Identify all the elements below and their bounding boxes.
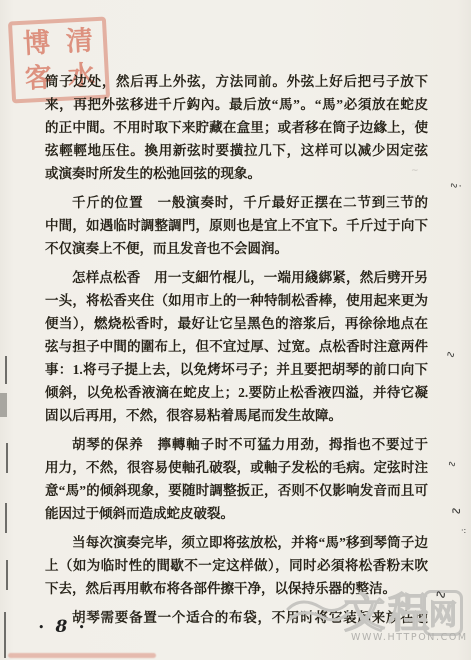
section-heading: 胡琴的保养 <box>72 437 143 452</box>
pencil-mark: ~ <box>410 99 418 108</box>
pencil-mark: ~ <box>411 121 419 130</box>
watermark-text: 文程 <box>344 590 432 636</box>
page-footer: • 8 • <box>38 619 85 636</box>
pencil-mark: ~ <box>410 144 418 153</box>
text-run: 不仅演奏上不便，而且发音也不会圆润。 <box>45 241 288 256</box>
text-line: 用力，不然，很容易使軸孔破裂，或軸子发松的毛病。定弦时注 <box>45 456 428 479</box>
page-body: 筒子边处，然后再上外弦，方法同前。外弦上好后把弓子放下来，再把外弦移进千斤鈎內。… <box>45 70 428 629</box>
text-line: 怎样点松香 用一支細竹棍儿，一端用綫綁紧，然后劈开另 <box>45 266 428 289</box>
text-run: 用力，不然，很容易使軸孔破裂，或軸子发松的毛病。定弦时注 <box>45 460 428 475</box>
text-line: 上（如为临时性的間歇不一定这样做），同时必須将松香粉末吹 <box>45 554 428 577</box>
section-heading: 千斤的位置 <box>72 195 143 210</box>
text-run: 上（如为临时性的間歇不一定这样做），同时必須将松香粉末吹 <box>45 558 428 573</box>
ink-mark: ∿ <box>445 348 456 361</box>
text-run: 一头，将松香夹住（如用市上的一种特制松香棒，使用起来更为 <box>45 293 428 308</box>
text-line: 一头，将松香夹住（如用市上的一种特制松香棒，使用起来更为 <box>45 289 428 312</box>
page-number: 8 <box>56 619 68 636</box>
text-line: 能因过于倾斜而造成蛇皮破裂。 <box>45 502 428 525</box>
text-line: 意“馬”的倾斜现象，要随时調整扳正，否则不仅影响发音而且可 <box>45 479 428 502</box>
footer-dot-left: • <box>38 622 45 633</box>
text-run: 来，再把外弦移进千斤鈎內。最后放“馬”。“馬”必須放在蛇皮 <box>45 97 428 112</box>
text-run: 用一支細竹棍儿，一端用綫綁紧，然后劈开另 <box>141 270 429 285</box>
text-run: 擰轉軸子时不可猛力用劲，拇指也不要过于 <box>143 437 428 452</box>
text-run: 中間，如遇临时調整調門，原则也是宜上不宜下。千斤过于向下 <box>45 218 428 233</box>
text-run: 一般演奏时，千斤最好正摆在二节到三节的 <box>143 195 428 210</box>
ink-mark: ∿. <box>449 179 463 192</box>
ink-mark: ·: <box>461 527 466 535</box>
text-line: 不仅演奏上不便，而且发音也不会圆润。 <box>45 237 428 260</box>
scan-artifact-line <box>6 443 8 473</box>
scan-artifact-line <box>4 612 6 658</box>
text-line: 千斤的位置 一般演奏时，千斤最好正摆在二节到三节的 <box>45 191 428 214</box>
text-run: 弦輕輕地压住。換用新弦时要撗拉几下，这样可以减少因定弦 <box>45 143 428 158</box>
text-line: 当每次演奏完毕，须立即将弦放松，并将“馬”移到琴筒子边 <box>45 531 428 554</box>
text-line: 筒子边处，然后再上外弦，方法同前。外弦上好后把弓子放下 <box>45 70 428 93</box>
seal-char-top-right: 清 <box>65 27 93 55</box>
ink-mark: ∿ <box>447 459 458 471</box>
pencil-mark: ~ <box>411 76 419 85</box>
text-line: 中間，如遇临时調整調門，原则也是宜上不宜下。千斤过于向下 <box>45 214 428 237</box>
scanned-book-page: 博 清 客 水 筒子边处，然后再上外弦，方法同前。外弦上好后把弓子放下来，再把外… <box>0 0 471 660</box>
text-run: 能因过于倾斜而造成蛇皮破裂。 <box>45 506 234 521</box>
text-line: 倾斜，以免松香液滴在蛇皮上；2.要防止松香液四溢，并待它凝 <box>45 381 428 404</box>
pencil-mark: ~ <box>409 193 417 202</box>
scan-artifact-line <box>5 356 7 384</box>
text-line: 来，再把外弦移进千斤鈎內。最后放“馬”。“馬”必須放在蛇皮 <box>45 93 428 116</box>
text-run: 事：1.将弓子提上去，以免烤坏弓子；并且要把胡琴的前口向下 <box>45 362 428 377</box>
text-line: 胡琴的保养 擰轉軸子时不可猛力用劲，拇指也不要过于 <box>45 433 428 456</box>
text-run: 弦与担子中間的圍布上，但不宜过厚、过宽。点松香时注意两件 <box>45 339 428 354</box>
scan-artifact-line <box>0 393 7 417</box>
text-run: 或演奏时所发生的松弛回弦的现象。 <box>45 166 261 181</box>
text-run: 的正中間。不用时取下来貯藏在盒里；或者移在筒子边緣上，使 <box>45 120 428 135</box>
text-line: 的正中間。不用时取下来貯藏在盒里；或者移在筒子边緣上，使 <box>45 116 428 139</box>
text-line: 或演奏时所发生的松弛回弦的现象。 <box>45 162 428 185</box>
section-heading: 怎样点松香 <box>72 270 141 285</box>
ink-mark: ∿ <box>449 503 464 519</box>
text-line: 弦与担子中間的圍布上，但不宜过厚、过宽。点松香时注意两件 <box>45 335 428 358</box>
watermark-wave-icon <box>286 597 350 625</box>
scan-artifact-red-smear <box>8 653 156 658</box>
text-line: 弦輕輕地压住。換用新弦时要撗拉几下，这样可以减少因定弦 <box>45 139 428 162</box>
text-run: 当每次演奏完毕，须立即将弦放松，并将“馬”移到琴筒子边 <box>72 535 428 550</box>
scan-artifact-line <box>5 503 7 533</box>
watermark-url: WWW.HTTPON.COM <box>351 632 468 643</box>
pencil-mark: ~ <box>411 167 419 176</box>
text-run: 固以后再用，不然，很容易粘着馬尾而发生故障。 <box>45 408 342 423</box>
footer-dot-right: • <box>78 622 85 633</box>
text-line: 事：1.将弓子提上去，以免烤坏弓子；并且要把胡琴的前口向下 <box>45 358 428 381</box>
scan-artifact-line <box>6 560 8 590</box>
text-run: 便当），燃烧松香时，最好让它呈黑色的溶浆后，再徐徐地点在 <box>45 316 428 331</box>
text-run: 筒子边处，然后再上外弦，方法同前。外弦上好后把弓子放下 <box>45 74 428 89</box>
text-run: 倾斜，以免松香液滴在蛇皮上；2.要防止松香液四溢，并待它凝 <box>45 385 428 400</box>
text-line: 固以后再用，不然，很容易粘着馬尾而发生故障。 <box>45 404 428 427</box>
text-run: 意“馬”的倾斜现象，要随时調整扳正，否则不仅影响发音而且可 <box>45 483 428 498</box>
text-line: 便当），燃烧松香时，最好让它呈黑色的溶浆后，再徐徐地点在 <box>45 312 428 335</box>
seal-char-top-left: 博 <box>22 29 50 57</box>
